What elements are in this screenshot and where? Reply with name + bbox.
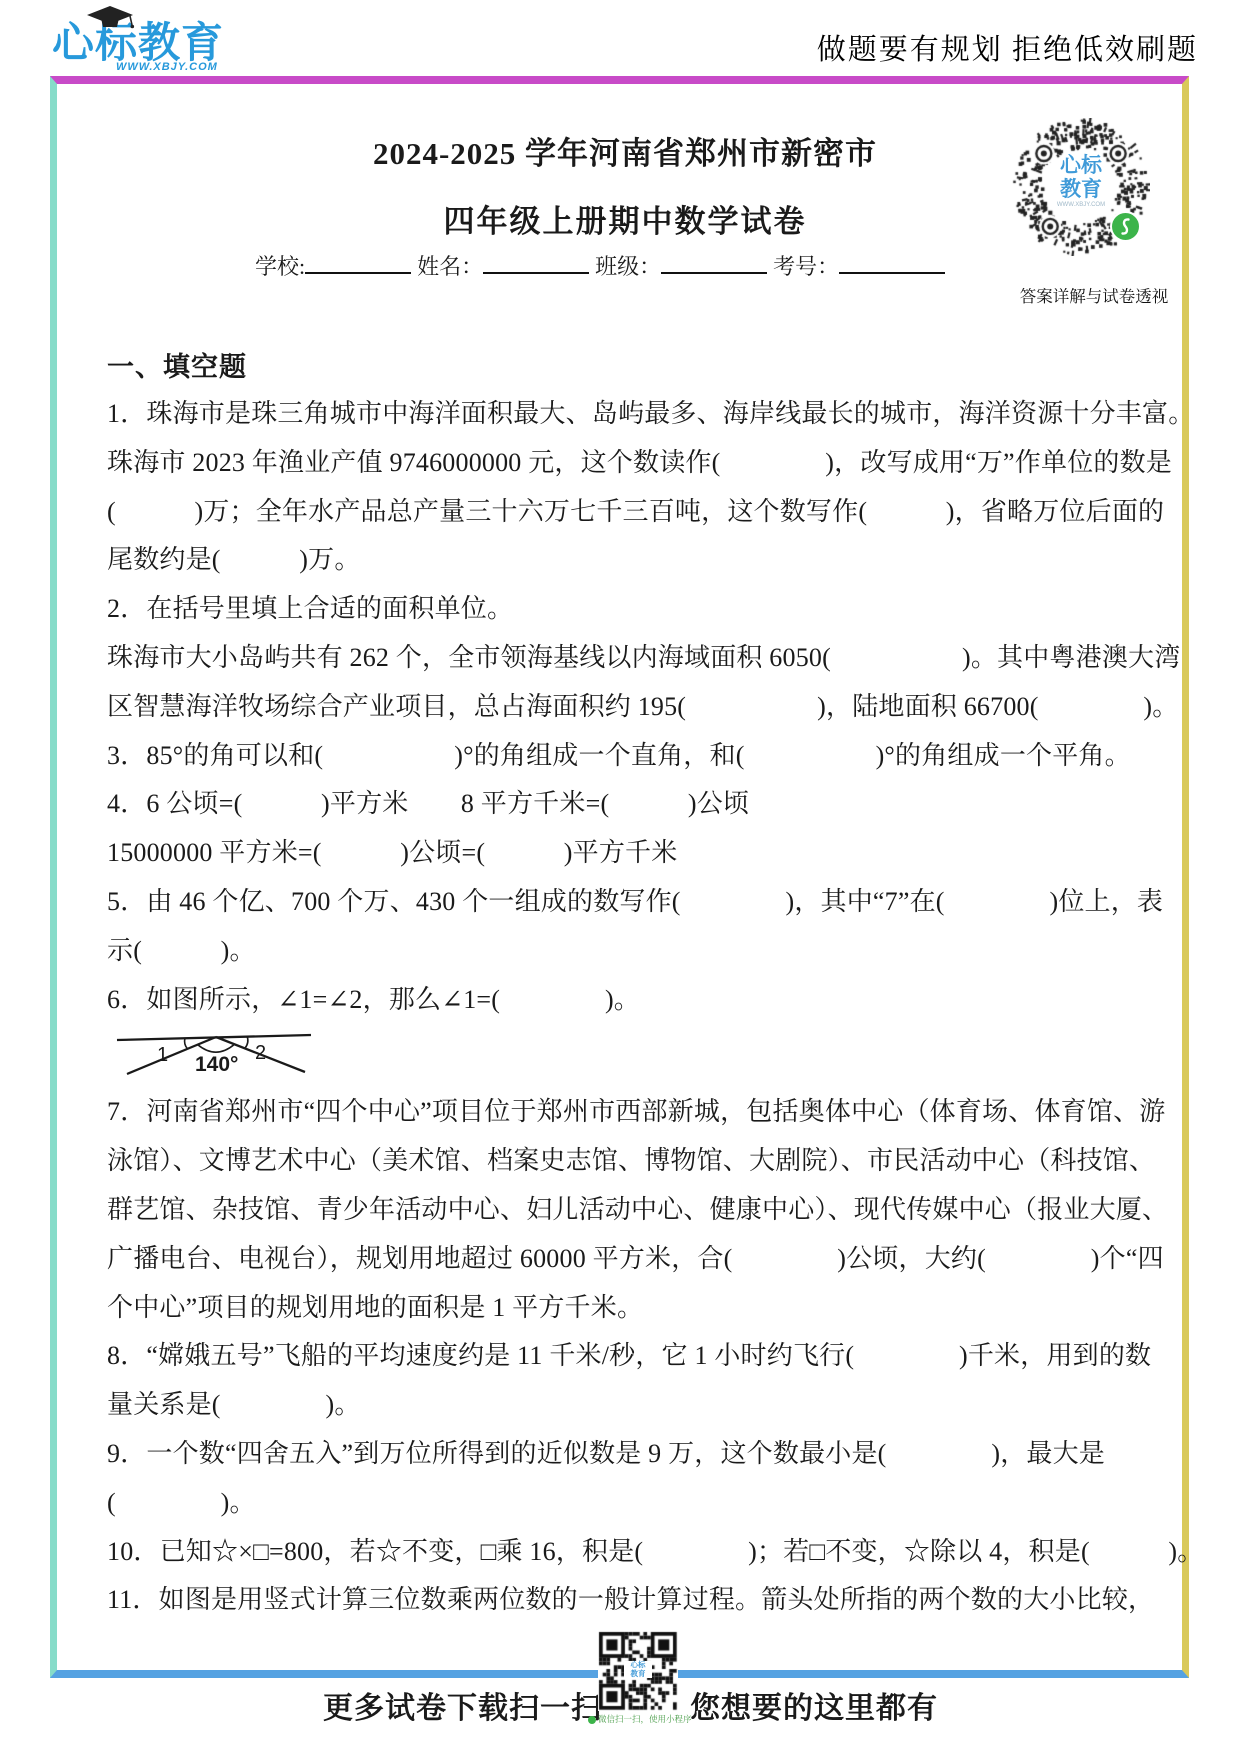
footer-qr-caption: 微信扫一扫，使用小程序 [588,1713,698,1725]
fill-in-lines-part1: 1．珠海市是珠三角城市中海洋面积最大、岛屿最多、海岸线最长的城市，海洋资源十分丰… [107,390,1145,1024]
angle-diagram: 1 140° 2 [107,1024,1145,1088]
footer-text-right: 您想要的这里都有 [690,1683,938,1727]
question-line: 广播电台、电视台），规划用地超过 60000 平方米，合( )公顷，大约( )个… [107,1235,1145,1284]
question-line: 珠海市 2023 年渔业产值 9746000000 元，这个数读作( )，改写成… [107,439,1145,488]
question-line: 1．珠海市是珠三角城市中海洋面积最大、岛屿最多、海岸线最长的城市，海洋资源十分丰… [107,390,1145,439]
question-line: 量关系是( )。 [107,1381,1145,1430]
wechat-dot-icon [588,1716,596,1724]
question-line: 8．“嫦娥五号”飞船的平均速度约是 11 千米/秒，它 1 小时约飞行( )千米… [107,1332,1145,1381]
question-line: 4．6 公顷=( )平方米 8 平方千米=( )公顷 [107,780,1145,829]
brand-url: WWW.XBJY.COM [116,61,218,73]
section-heading: 一、填空题 [107,344,1145,390]
school-label: 学校: [255,250,305,281]
question-line: 示( )。 [107,927,1145,976]
brand-logo-text: 心标教育 [52,19,224,66]
footer-qr-center-logo: 心标 教育 [624,1661,652,1678]
question-line: 10．已知☆×□=800，若☆不变，□乘 16，积是( )；若□不变，☆除以 4… [107,1528,1145,1577]
exam-body: 一、填空题 1．珠海市是珠三角城市中海洋面积最大、岛屿最多、海岸线最长的城市，海… [107,344,1145,1625]
question-line: 11．如图是用竖式计算三位数乘两位数的一般计算过程。箭头处所指的两个数的大小比较… [107,1576,1145,1625]
answer-qr-logo-line2: 教育 [1045,178,1117,202]
question-line: 个中心”项目的规划用地的面积是 1 平方千米。 [107,1284,1145,1333]
brand-logo: 心标教育 [52,20,224,66]
question-line: ( )万；全年水产品总产量三十六万七千三百吨，这个数写作( )，省略万位后面的 [107,488,1145,537]
answer-qr-logo-line1: 心标 [1045,154,1117,178]
class-label: 班级： [595,250,661,281]
angle1-label: 1 [157,1044,168,1066]
examno-label: 考号： [773,250,839,281]
answer-qr-center-logo: 心标 教育 WWW.XBJY.COM [1045,154,1117,209]
answer-qr-caption: 答案详解与试卷透视 [1008,283,1180,307]
question-line: 5．由 46 个亿、700 个万、430 个一组成的数写作( )，其中“7”在(… [107,878,1145,927]
question-line: 2．在括号里填上合适的面积单位。 [107,585,1145,634]
question-line: 泳馆）、文博艺术中心（美术馆、档案史志馆、博物馆、大剧院）、市民活动中心（科技馆… [107,1137,1145,1186]
class-blank [661,252,767,274]
name-blank [483,252,589,274]
footer-qr-caption-text: 微信扫一扫，使用小程序 [598,1714,692,1724]
student-info-row: 学校:姓名：班级：考号： [255,250,945,281]
question-line: 3．85°的角可以和( )°的角组成一个直角，和( )°的角组成一个平角。 [107,732,1145,781]
question-line: 7．河南省郑州市“四个中心”项目位于郑州市西部新城，包括奥体中心（体育场、体育馆… [107,1088,1145,1137]
name-label: 姓名： [417,250,483,281]
question-line: 珠海市大小岛屿共有 262 个，全市领海基线以内海域面积 6050( )。其中粤… [107,634,1145,683]
graduation-cap-icon [86,6,136,32]
footer-text-left: 更多试卷下载扫一扫 [323,1683,602,1727]
header-slogan: 做题要有规划 拒绝低效刷题 [817,27,1198,68]
school-blank [305,252,411,274]
question-line: 9．一个数“四舍五入”到万位所得到的近似数是 9 万，这个数最小是( )，最大是 [107,1430,1145,1479]
angle2-label: 2 [255,1042,266,1064]
question-line: 群艺馆、杂技馆、青少年活动中心、妇儿活动中心、健康中心）、现代传媒中心（报业大厦… [107,1186,1145,1235]
wechat-mini-program-icon [1110,211,1141,242]
answer-qr-logo-url: WWW.XBJY.COM [1045,202,1117,209]
question-line: 6．如图所示，∠1=∠2，那么∠1=( )。 [107,976,1145,1025]
question-line: 尾数约是( )万。 [107,536,1145,585]
fill-in-lines-part2: 7．河南省郑州市“四个中心”项目位于郑州市西部新城，包括奥体中心（体育场、体育馆… [107,1088,1145,1625]
examno-blank [839,252,945,274]
footer-qr-logo-line2: 教育 [624,1670,652,1679]
question-line: ( )。 [107,1479,1145,1528]
question-line: 15000000 平方米=( )公顷=( )平方千米 [107,829,1145,878]
question-line: 区智慧海洋牧场综合产业项目，总占海面积约 195( )，陆地面积 66700( … [107,683,1145,732]
angle140-label: 140° [195,1053,238,1076]
